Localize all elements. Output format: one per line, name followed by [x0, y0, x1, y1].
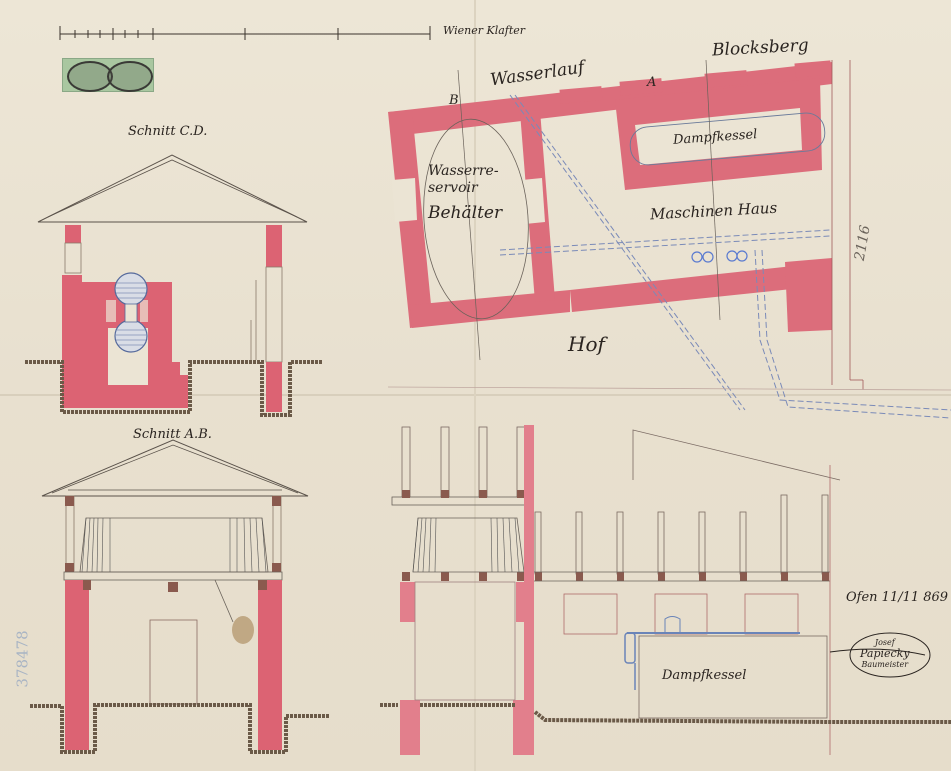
axis-marker-a: A — [647, 75, 656, 90]
signature-block: Josef Papiecky Baumeister — [860, 637, 910, 670]
signature-date: Ofen 11/11 869 — [846, 590, 948, 605]
section-ab-drawing — [30, 440, 330, 752]
section-cd-drawing — [25, 155, 322, 415]
scale-label: Wiener Klafter — [443, 24, 525, 37]
section-cd-title: Schnitt C.D. — [128, 124, 207, 139]
plan-reservoir-label: Wasserre- servoir Behälter — [428, 163, 502, 222]
section-ab-title: Schnitt A.B. — [133, 427, 212, 442]
elevation-boiler-label: Dampfkessel — [662, 668, 746, 683]
archive-number: 378478 — [14, 630, 32, 687]
axis-marker-b: B — [449, 93, 459, 108]
plan-courtyard-label: Hof — [568, 332, 605, 356]
drawing-linework — [0, 0, 951, 771]
revenue-stamp — [62, 58, 154, 92]
scale-bar — [60, 26, 430, 40]
architectural-drawing-sheet: Wiener Klafter Schnitt C.D. Schnitt A.B.… — [0, 0, 951, 771]
